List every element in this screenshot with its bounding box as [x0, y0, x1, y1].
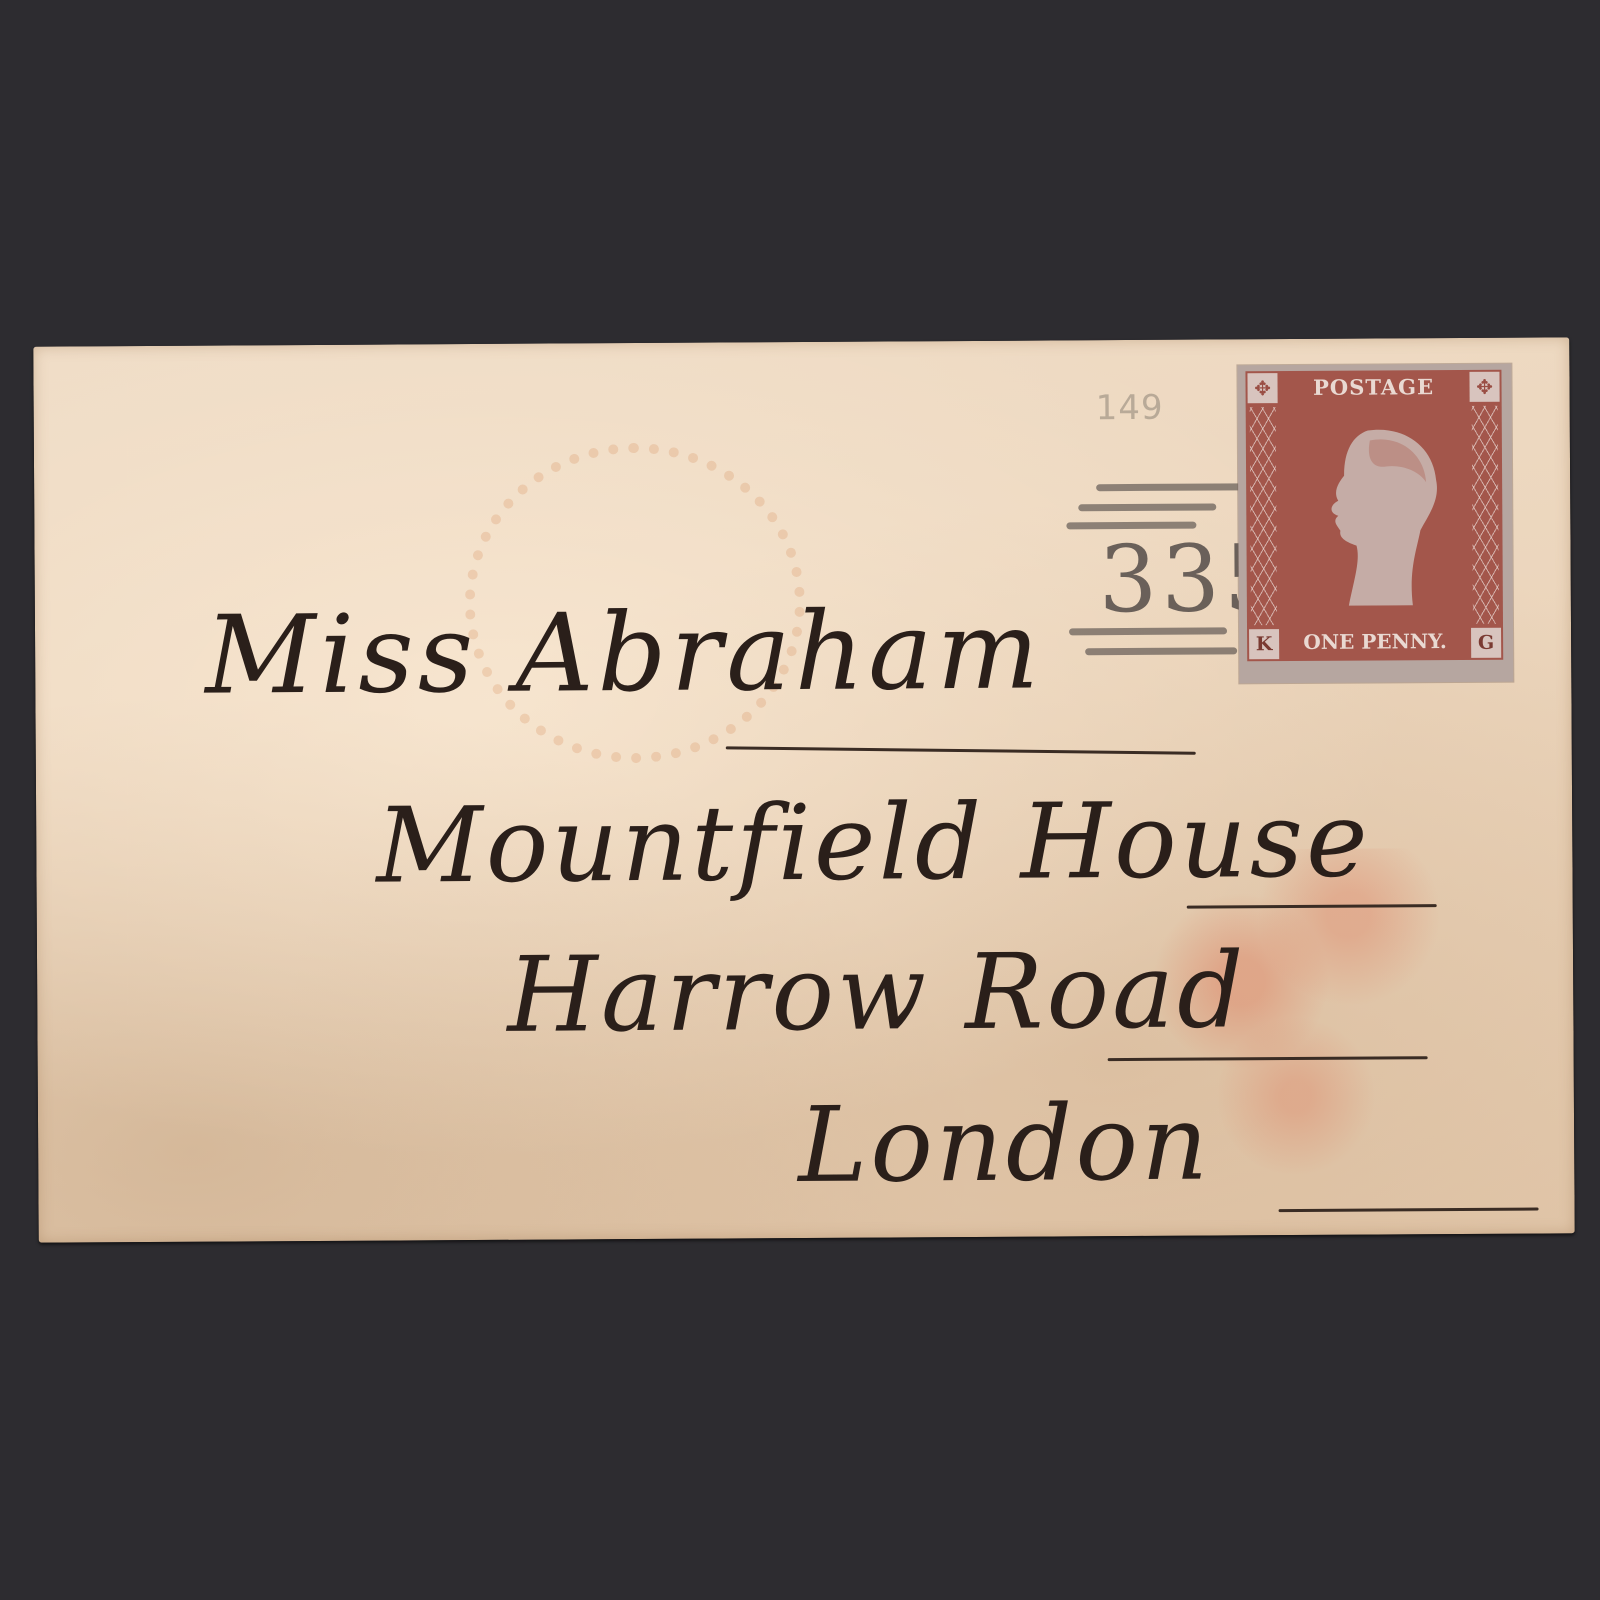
envelope: 149 335 ✥ ✥ POSTAGE K ONE PENNY. G Miss …: [33, 337, 1574, 1242]
underline-flourish: [1187, 904, 1437, 909]
address-line-house: Mountfield House: [376, 779, 1371, 907]
underline-flourish: [726, 746, 1196, 754]
address-line-road: Harrow Road: [507, 929, 1247, 1056]
address-line-recipient: Miss Abraham: [205, 589, 1044, 719]
underline-flourish: [1279, 1208, 1539, 1213]
address-line-city: London: [798, 1082, 1212, 1207]
handwritten-address: Miss Abraham Mountfield House Harrow Roa…: [33, 337, 1574, 1242]
underline-flourish: [1108, 1056, 1428, 1061]
